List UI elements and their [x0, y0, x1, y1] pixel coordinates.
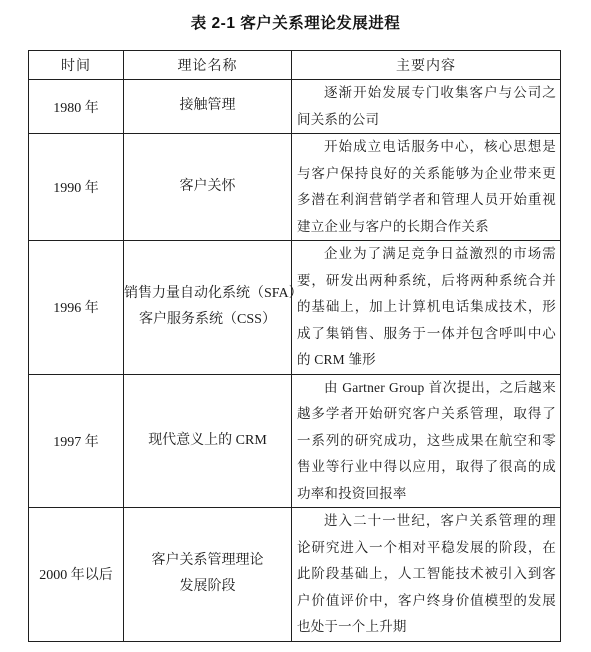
- table-caption: 表 2-1 客户关系理论发展进程: [0, 11, 591, 33]
- content-paragraph: 企业为了满足竞争日益激烈的市场需要，研发出两种系统，后将两种系统合并的基础上，加…: [297, 241, 556, 374]
- cell-time: 1990 年: [29, 134, 124, 241]
- crm-theory-table: 时间 理论名称 主要内容 1980 年 接触管理 逐渐开始发展专门收集客户与公司…: [28, 50, 561, 642]
- content-paragraph: 逐渐开始发展专门收集客户与公司之间关系的公司: [297, 80, 556, 133]
- cell-time: 1996 年: [29, 241, 124, 375]
- content-paragraph: 进入二十一世纪，客户关系管理的理论研究进入一个相对平稳发展的阶段，在此阶段基础上…: [297, 508, 556, 641]
- content-paragraph: 开始成立电话服务中心，核心思想是与客户保持良好的关系能够为企业带来更多潜在利润营…: [297, 134, 556, 240]
- content-paragraph: 由 Gartner Group 首次提出，之后越来越多学者开始研究客户关系管理，…: [297, 375, 556, 508]
- table-row-2000: 2000 年以后 客户关系管理理论 发展阶段 进入二十一世纪，客户关系管理的理论…: [29, 508, 561, 642]
- theory-line: 客户关系管理理论: [124, 548, 291, 575]
- cell-theory: 现代意义上的 CRM: [124, 374, 292, 508]
- table-row-1997: 1997 年 现代意义上的 CRM 由 Gartner Group 首次提出，之…: [29, 374, 561, 508]
- col-header-time: 时间: [29, 51, 124, 80]
- theory-line: 现代意义上的 CRM: [124, 428, 291, 455]
- cell-time: 1980 年: [29, 80, 124, 134]
- theory-line: 客户关怀: [124, 174, 291, 201]
- header-row: 时间 理论名称 主要内容: [29, 51, 561, 80]
- table-row-1990: 1990 年 客户关怀 开始成立电话服务中心，核心思想是与客户保持良好的关系能够…: [29, 134, 561, 241]
- cell-theory: 接触管理: [124, 80, 292, 134]
- theory-line: 发展阶段: [124, 574, 291, 601]
- cell-content: 开始成立电话服务中心，核心思想是与客户保持良好的关系能够为企业带来更多潜在利润营…: [292, 134, 561, 241]
- col-header-content: 主要内容: [292, 51, 561, 80]
- table-row-1996: 1996 年 销售力量自动化系统（SFA） 客户服务系统（CSS） 企业为了满足…: [29, 241, 561, 375]
- cell-time: 1997 年: [29, 374, 124, 508]
- cell-theory: 客户关怀: [124, 134, 292, 241]
- cell-content: 企业为了满足竞争日益激烈的市场需要，研发出两种系统，后将两种系统合并的基础上，加…: [292, 241, 561, 375]
- cell-time: 2000 年以后: [29, 508, 124, 642]
- cell-content: 逐渐开始发展专门收集客户与公司之间关系的公司: [292, 80, 561, 134]
- theory-line: 客户服务系统（CSS）: [124, 307, 291, 334]
- theory-line: 销售力量自动化系统（SFA）: [124, 281, 291, 308]
- cell-theory: 客户关系管理理论 发展阶段: [124, 508, 292, 642]
- document-page: 表 2-1 客户关系理论发展进程 时间 理论名称 主要内容 1980 年 接触管…: [0, 0, 591, 652]
- col-header-theory: 理论名称: [124, 51, 292, 80]
- cell-content: 由 Gartner Group 首次提出，之后越来越多学者开始研究客户关系管理，…: [292, 374, 561, 508]
- table-row-1980: 1980 年 接触管理 逐渐开始发展专门收集客户与公司之间关系的公司: [29, 80, 561, 134]
- cell-theory: 销售力量自动化系统（SFA） 客户服务系统（CSS）: [124, 241, 292, 375]
- theory-line: 接触管理: [124, 93, 291, 120]
- cell-content: 进入二十一世纪，客户关系管理的理论研究进入一个相对平稳发展的阶段，在此阶段基础上…: [292, 508, 561, 642]
